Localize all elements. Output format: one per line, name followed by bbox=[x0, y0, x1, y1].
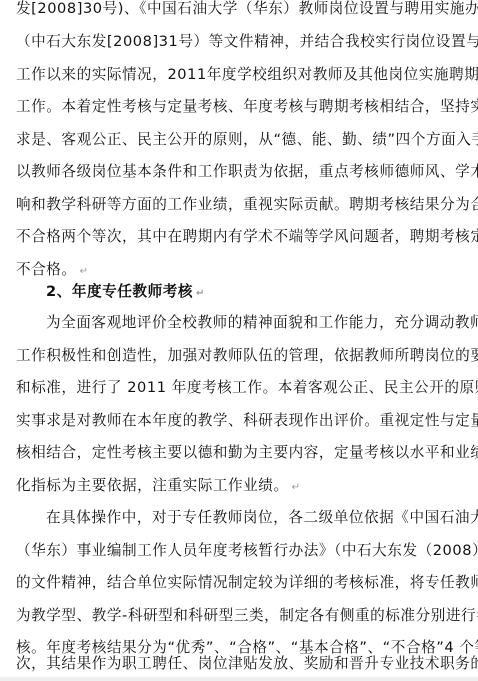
text-line-paragraph-end: 化指标为主要依据，注重实际工作业绩。↵ bbox=[16, 477, 462, 497]
text-content: 化指标为主要依据，注重实际工作业绩。 bbox=[16, 477, 289, 494]
paragraph-mark-icon: ↵ bbox=[196, 288, 204, 299]
text-line: 的文件精神，结合单位实际情况制定较为详细的考核标准，将专任教师分 bbox=[16, 574, 462, 592]
paragraph-mark-icon: ↵ bbox=[80, 266, 88, 277]
document-page: 发[2008]30号)、《中国石油大学（华东）教师岗位设置与聘用实施办法》 （中… bbox=[0, 0, 478, 677]
text-line: 求是、客观公正、民主公开的原则，从“德、能、勤、绩”四个方面入手， bbox=[16, 131, 462, 149]
text-line: 实事求是对教师在本年度的教学、科研表现作出评价。重视定性与定量考 bbox=[16, 412, 462, 430]
text-line-paragraph-end: 不合格。↵ bbox=[16, 261, 462, 281]
text-line: 为教学型、教学-科研型和科研型三类，制定各有侧重的标准分别进行考 bbox=[16, 607, 462, 625]
text-line: 和标准，进行了 2011 年度考核工作。本着客观公正、民主公开的原则， bbox=[16, 379, 462, 397]
text-line-indented: 为全面客观地评价全校教师的精神面貌和工作能力，充分调动教师的 bbox=[46, 314, 462, 332]
section-heading: 2、年度专任教师考核↵ bbox=[46, 283, 204, 303]
heading-text: 2、年度专任教师考核 bbox=[46, 283, 193, 300]
text-line: 响和教学科研等方面的工作业绩，重视实际贡献。聘期考核结果分为合格、 bbox=[16, 196, 462, 214]
paragraph-mark-icon: ↵ bbox=[292, 482, 300, 493]
text-line: 工作以来的实际情况，2011年度学校组织对教师及其他岗位实施聘期考核 bbox=[16, 66, 462, 84]
text-content: 不合格。 bbox=[16, 261, 77, 278]
text-line: 不合格两个等次，其中在聘期内有学术不端等学风问题者，聘期考核定为 bbox=[16, 228, 462, 246]
page-bottom-edge bbox=[0, 677, 478, 681]
text-line: 工作积极性和创造性，加强对教师队伍的管理，依据教师所聘岗位的要求 bbox=[16, 347, 462, 365]
text-line: 工作。本着定性考核与定量考核、年度考核与聘期考核相结合，坚持实事 bbox=[16, 98, 462, 116]
text-line: 核相结合，定性考核主要以德和勤为主要内容，定量考核以水平和业绩量 bbox=[16, 444, 462, 462]
text-line-indented: 在具体操作中，对于专任教师岗位，各二级单位依据《中国石油大学 bbox=[46, 509, 462, 527]
text-line: 发[2008]30号)、《中国石油大学（华东）教师岗位设置与聘用实施办法》 bbox=[16, 0, 462, 18]
text-line: （华东）事业编制工作人员年度考核暂行办法》（中石大东发（2008）6号） bbox=[16, 542, 462, 560]
text-line: 次，其结果作为职工聘任、岗位津贴发放、奖励和晋升专业技术职务的依 bbox=[16, 655, 462, 673]
text-line: （中石大东发[2008]31号）等文件精神，并结合我校实行岗位设置与聘用 bbox=[16, 33, 462, 51]
text-line: 以教师各级岗位基本条件和工作职责为依据，重点考核师德师风、学术影 bbox=[16, 163, 462, 181]
